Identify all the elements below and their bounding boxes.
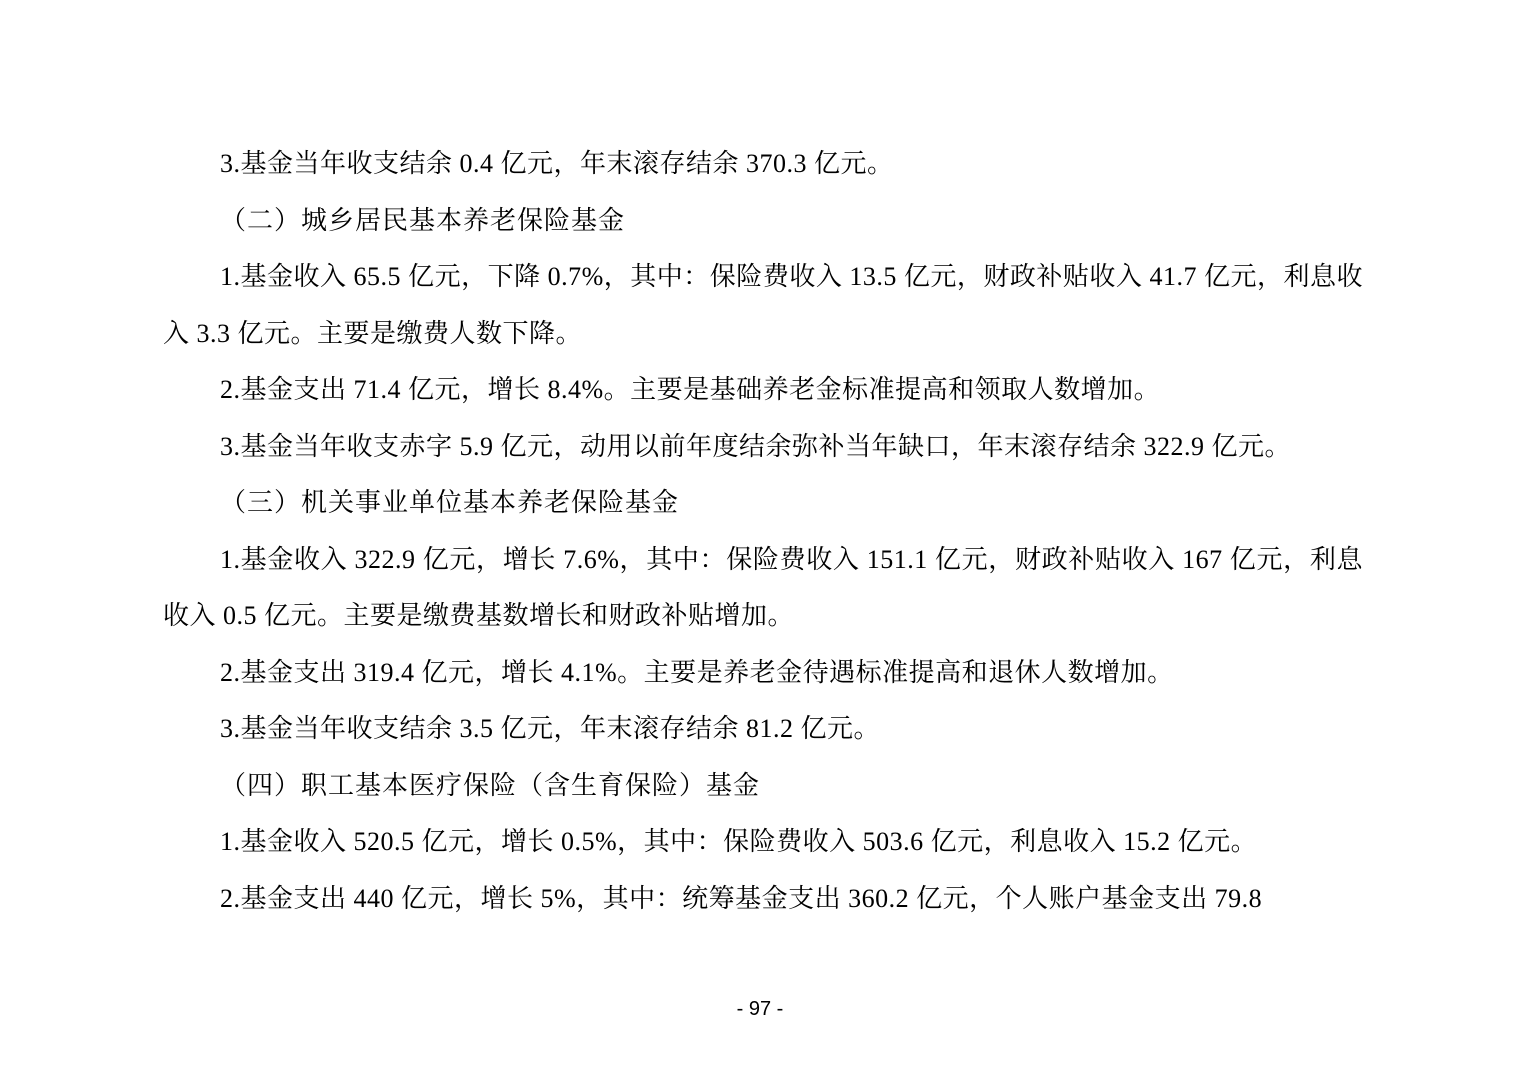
paragraph-urban-rural-balance: 3.基金当年收支赤字 5.9 亿元，动用以前年度结余弥补当年缺口，年末滚存结余 … bbox=[163, 419, 1363, 476]
paragraph-fund-balance-1: 3.基金当年收支结余 0.4 亿元，年末滚存结余 370.3 亿元。 bbox=[163, 136, 1363, 193]
paragraph-urban-rural-expenditure: 2.基金支出 71.4 亿元，增长 8.4%。主要是基础养老金标准提高和领取人数… bbox=[163, 362, 1363, 419]
section-heading-urban-rural-pension: （二）城乡居民基本养老保险基金 bbox=[163, 193, 1363, 250]
paragraph-institution-expenditure: 2.基金支出 319.4 亿元，增长 4.1%。主要是养老金待遇标准提高和退休人… bbox=[163, 645, 1363, 702]
paragraph-institution-balance: 3.基金当年收支结余 3.5 亿元，年末滚存结余 81.2 亿元。 bbox=[163, 701, 1363, 758]
page-number: - 97 - bbox=[0, 998, 1520, 1021]
paragraph-medical-expenditure: 2.基金支出 440 亿元，增长 5%，其中：统筹基金支出 360.2 亿元，个… bbox=[163, 871, 1363, 928]
document-body: 3.基金当年收支结余 0.4 亿元，年末滚存结余 370.3 亿元。 （二）城乡… bbox=[163, 136, 1363, 927]
paragraph-urban-rural-income: 1.基金收入 65.5 亿元，下降 0.7%，其中：保险费收入 13.5 亿元，… bbox=[163, 249, 1363, 362]
section-heading-institution-pension: （三）机关事业单位基本养老保险基金 bbox=[163, 475, 1363, 532]
section-heading-employee-medical: （四）职工基本医疗保险（含生育保险）基金 bbox=[163, 758, 1363, 815]
paragraph-medical-income: 1.基金收入 520.5 亿元，增长 0.5%，其中：保险费收入 503.6 亿… bbox=[163, 814, 1363, 871]
paragraph-institution-income: 1.基金收入 322.9 亿元，增长 7.6%，其中：保险费收入 151.1 亿… bbox=[163, 532, 1363, 645]
